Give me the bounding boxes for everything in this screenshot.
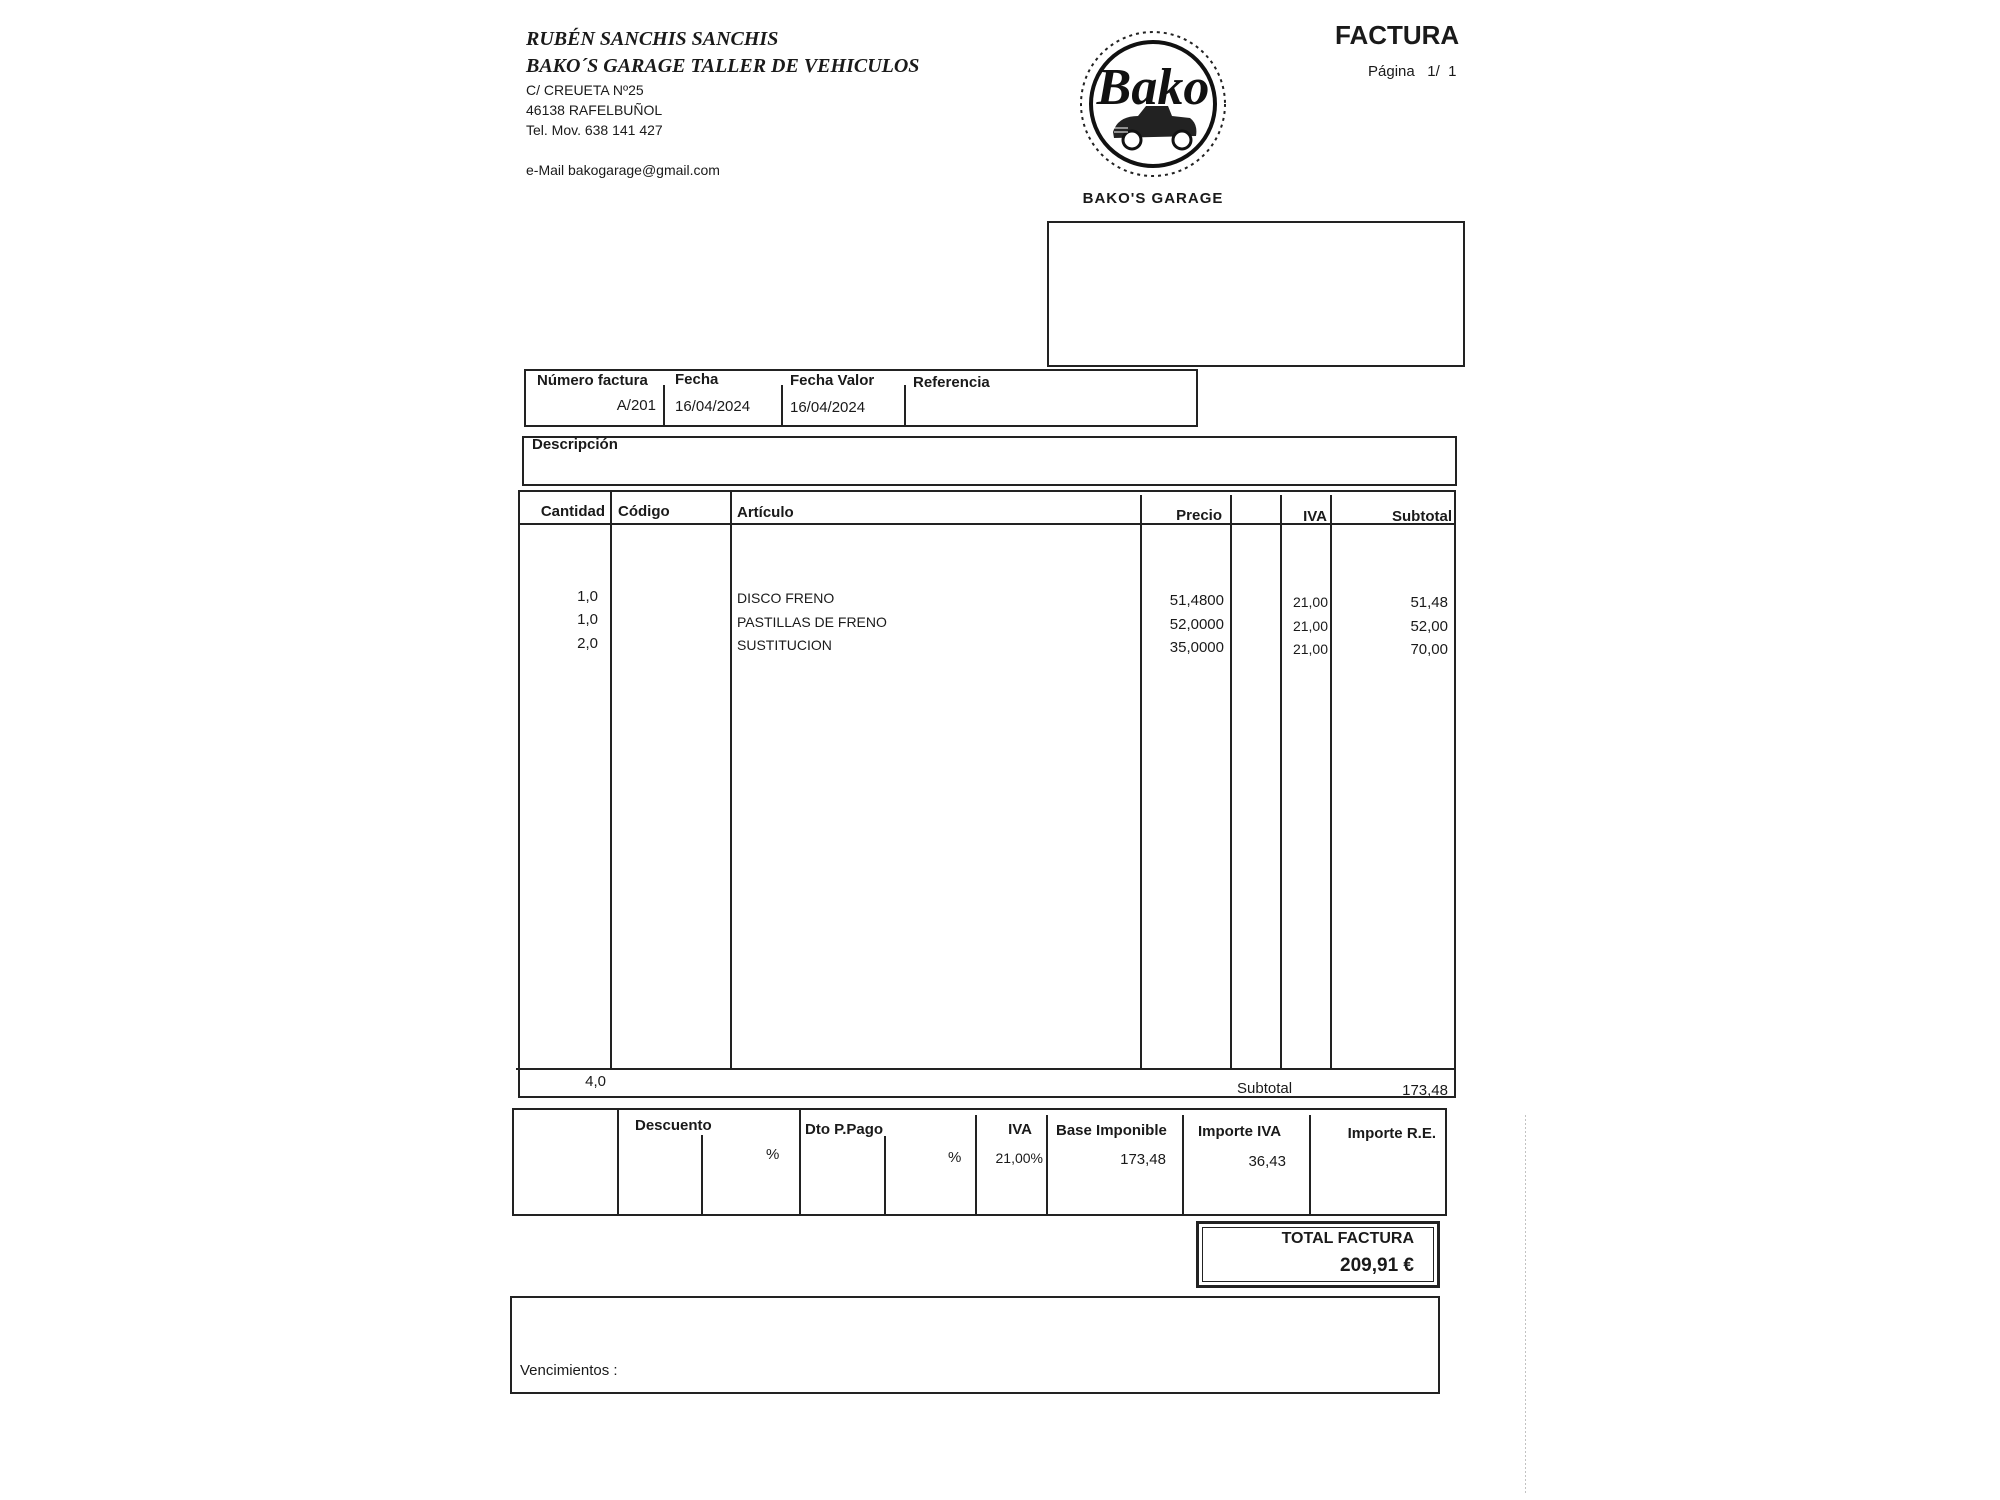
row-articulo: PASTILLAS DE FRENO bbox=[737, 614, 887, 630]
early-payment-label: Dto P.Pago bbox=[805, 1121, 883, 1138]
col-header-precio: Precio bbox=[1140, 507, 1222, 524]
row-iva: 21,00 bbox=[1280, 594, 1328, 610]
issuer-email: e-Mail bakogarage@gmail.com bbox=[526, 162, 720, 178]
row-subtotal: 70,00 bbox=[1330, 641, 1448, 658]
row-cantidad: 2,0 bbox=[520, 635, 598, 652]
value-date-value: 16/04/2024 bbox=[790, 399, 865, 416]
invoice-number-label: Número factura bbox=[537, 372, 648, 389]
row-precio: 52,0000 bbox=[1140, 616, 1224, 633]
reference-label: Referencia bbox=[913, 374, 990, 391]
items-subtotal-label: Subtotal bbox=[1237, 1080, 1292, 1097]
row-articulo: DISCO FRENO bbox=[737, 590, 834, 606]
date-value: 16/04/2024 bbox=[675, 398, 750, 415]
total-quantity: 4,0 bbox=[520, 1073, 606, 1090]
row-cantidad: 1,0 bbox=[520, 611, 598, 628]
issuer-address-line1: C/ CREUETA Nº25 bbox=[526, 82, 644, 98]
invoice-number: A/201 bbox=[580, 397, 656, 414]
iva-amount-label: Importe IVA bbox=[1198, 1123, 1281, 1140]
issuer-name: RUBÉN SANCHIS SANCHIS bbox=[526, 28, 778, 51]
row-iva: 21,00 bbox=[1280, 618, 1328, 634]
discount-label: Descuento bbox=[635, 1117, 712, 1134]
row-cantidad: 1,0 bbox=[520, 588, 598, 605]
items-table bbox=[518, 490, 1456, 1098]
row-precio: 51,4800 bbox=[1140, 592, 1224, 609]
page-indicator: Página 1/ 1 bbox=[1368, 63, 1456, 80]
date-label: Fecha bbox=[675, 371, 718, 388]
row-subtotal: 51,48 bbox=[1330, 594, 1448, 611]
vintage-truck-emblem-icon: Bako bbox=[1068, 24, 1238, 194]
document-title: FACTURA bbox=[1335, 20, 1459, 51]
recipient-address-box bbox=[1047, 221, 1465, 367]
row-iva: 21,00 bbox=[1280, 641, 1328, 657]
total-value: 209,91 € bbox=[1200, 1255, 1414, 1277]
col-header-iva: IVA bbox=[1280, 508, 1327, 525]
tax-base-label: Base Imponible bbox=[1056, 1122, 1167, 1139]
iva-label: IVA bbox=[977, 1121, 1032, 1138]
row-precio: 35,0000 bbox=[1140, 639, 1224, 656]
row-articulo: SUSTITUCION bbox=[737, 637, 832, 653]
re-amount-label: Importe R.E. bbox=[1312, 1125, 1436, 1142]
issuer-address-line2: 46138 RAFELBUÑOL bbox=[526, 102, 662, 118]
logo: Bako bbox=[1068, 24, 1238, 194]
col-header-subtotal: Subtotal bbox=[1330, 508, 1452, 525]
issuer-phone: Tel. Mov. 638 141 427 bbox=[526, 122, 663, 138]
page-number: 1/ 1 bbox=[1427, 63, 1456, 80]
discount-pct-sign: % bbox=[766, 1146, 779, 1163]
col-header-cantidad: Cantidad bbox=[520, 503, 605, 520]
issuer-business: BAKO´S GARAGE TALLER DE VEHICULOS bbox=[526, 55, 919, 78]
items-subtotal: 173,48 bbox=[1330, 1082, 1448, 1099]
value-date-label: Fecha Valor bbox=[790, 372, 874, 389]
description-box bbox=[522, 436, 1457, 486]
scan-edge-artifact bbox=[1525, 1115, 1526, 1495]
col-header-codigo: Código bbox=[618, 503, 670, 520]
iva-rate: 21,00% bbox=[977, 1150, 1043, 1166]
logo-caption: BAKO'S GARAGE bbox=[1078, 190, 1228, 207]
total-label: TOTAL FACTURA bbox=[1200, 1230, 1414, 1248]
row-subtotal: 52,00 bbox=[1330, 618, 1448, 635]
tax-base: 173,48 bbox=[1048, 1151, 1166, 1168]
early-payment-pct-sign: % bbox=[948, 1149, 961, 1166]
iva-amount: 36,43 bbox=[1186, 1153, 1286, 1170]
due-dates-box bbox=[510, 1296, 1440, 1394]
col-header-articulo: Artículo bbox=[737, 504, 794, 521]
due-dates-label: Vencimientos : bbox=[520, 1362, 618, 1379]
page-label: Página bbox=[1368, 63, 1415, 80]
description-label: Descripción bbox=[532, 436, 618, 453]
